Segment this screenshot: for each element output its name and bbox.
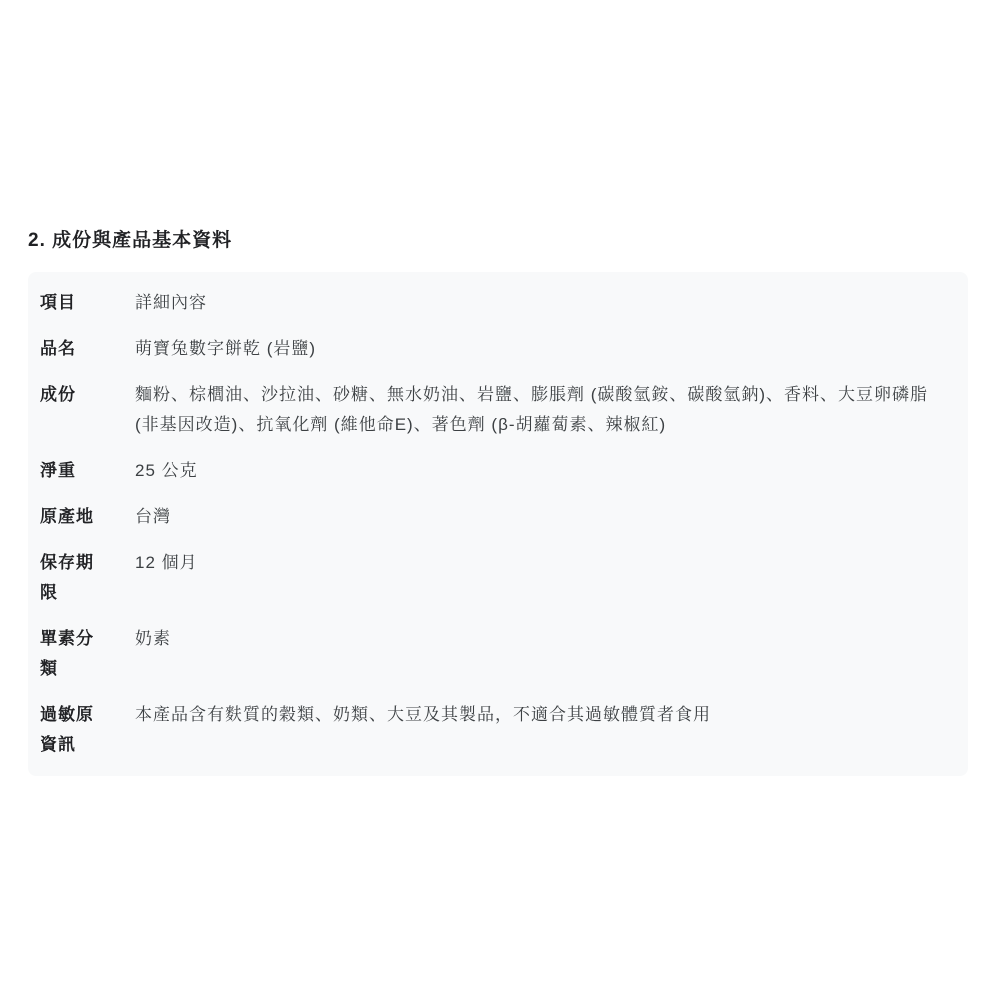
row-value: 台灣 [135,502,956,532]
row-value: 12 個月 [135,548,956,578]
row-value: 25 公克 [135,456,956,486]
row-label: 過敏原資訊 [40,700,106,760]
row-label: 保存期限 [40,548,106,608]
header-detail-label: 詳細內容 [135,288,956,318]
row-label: 淨重 [40,456,106,486]
row-value: 奶素 [135,624,956,654]
table-row: 成份 麵粉、棕櫚油、沙拉油、砂糖、無水奶油、岩鹽、膨脹劑 (碳酸氫銨、碳酸氫鈉)… [28,372,968,448]
row-label: 品名 [40,334,106,364]
section-title: 2. 成份與產品基本資料 [28,228,968,253]
product-spec-section: 2. 成份與產品基本資料 項目 詳細內容 品名 萌寶兔數字餅乾 (岩鹽) 成份 … [28,228,968,776]
header-item-label: 項目 [40,288,106,318]
table-row: 品名 萌寶兔數字餅乾 (岩鹽) [28,326,968,372]
row-label: 單素分類 [40,624,106,684]
table-row: 原產地 台灣 [28,494,968,540]
spec-table: 項目 詳細內容 品名 萌寶兔數字餅乾 (岩鹽) 成份 麵粉、棕櫚油、沙拉油、砂糖… [28,272,968,776]
row-label: 原產地 [40,502,106,532]
table-row: 保存期限 12 個月 [28,540,968,616]
table-row: 淨重 25 公克 [28,448,968,494]
spec-table-body: 品名 萌寶兔數字餅乾 (岩鹽) 成份 麵粉、棕櫚油、沙拉油、砂糖、無水奶油、岩鹽… [28,326,968,768]
spec-table-header-row: 項目 詳細內容 [28,280,968,326]
row-value: 本產品含有麩質的穀類、奶類、大豆及其製品，不適合其過敏體質者食用 [135,700,956,730]
table-row: 過敏原資訊 本產品含有麩質的穀類、奶類、大豆及其製品，不適合其過敏體質者食用 [28,692,968,768]
row-value: 萌寶兔數字餅乾 (岩鹽) [135,334,956,364]
table-row: 單素分類 奶素 [28,616,968,692]
row-value: 麵粉、棕櫚油、沙拉油、砂糖、無水奶油、岩鹽、膨脹劑 (碳酸氫銨、碳酸氫鈉)、香料… [135,380,956,440]
row-label: 成份 [40,380,106,410]
